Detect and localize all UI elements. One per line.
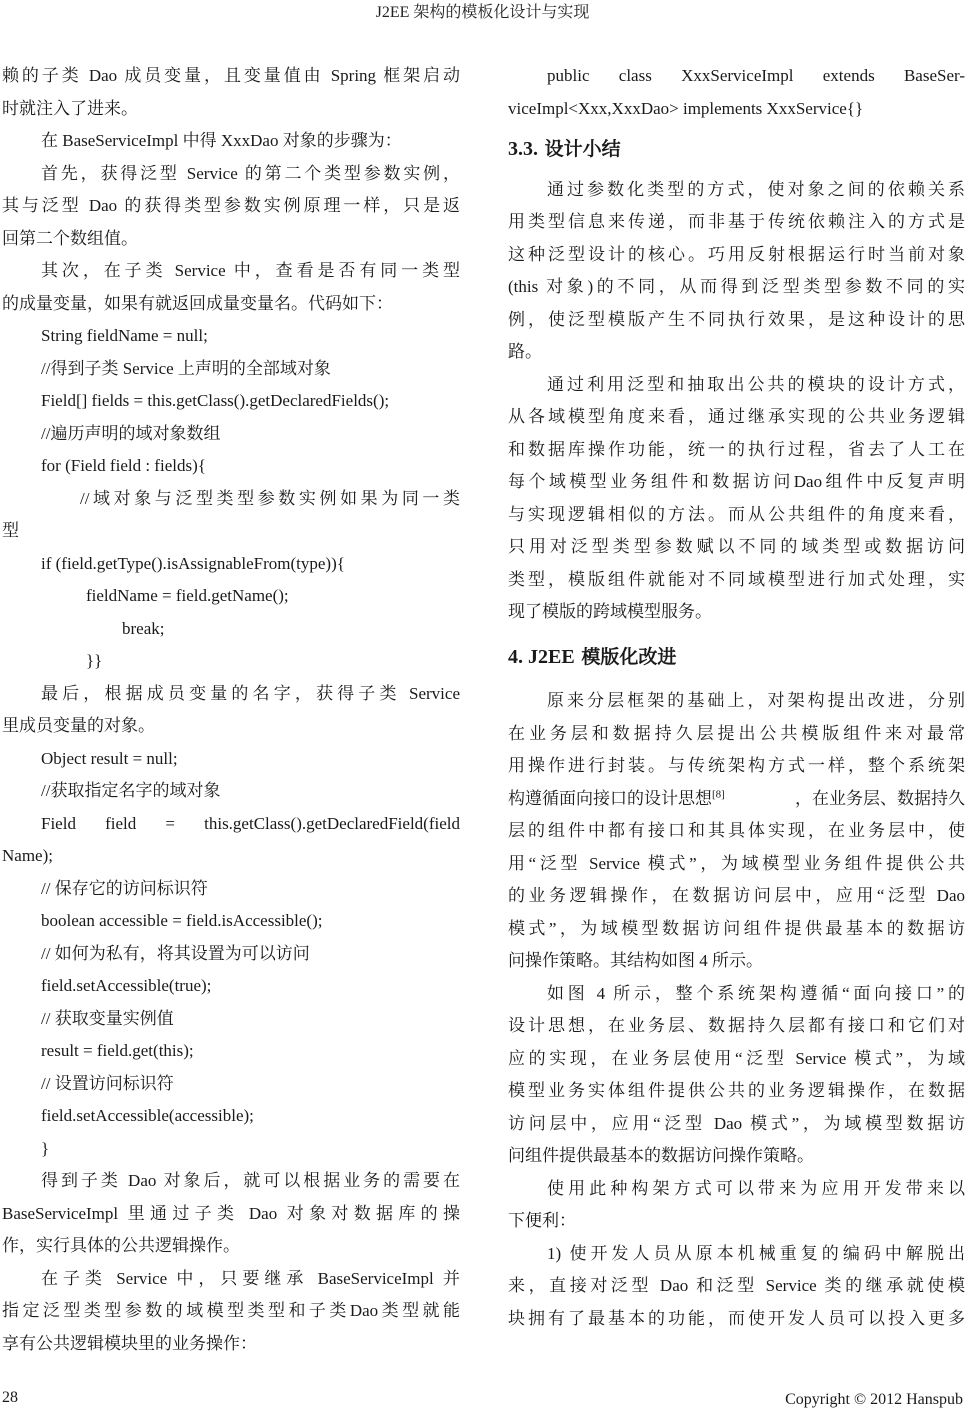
paragraph-line: (this 对象)的不同，从而得到泛型类型参数不同的实 [508, 271, 965, 304]
paragraph-line: 在业务层和数据持久层提出公共模版组件来对最常 [508, 718, 965, 751]
copyright-notice: Copyright © 2012 Hanspub [785, 1391, 963, 1409]
paragraph-line: 作，实行具体的公共逻辑操作。 [2, 1230, 460, 1263]
paragraph-line: BaseServiceImpl 里通过子类 Dao 对象对数据库的操 [2, 1198, 460, 1231]
paragraph-line: 访问层中，应用“泛型 Dao 模式”，为域模型数据访 [508, 1108, 965, 1141]
paragraph-line: 如图 4 所示，整个系统架构遵循“面向接口”的 [508, 978, 965, 1011]
code-comment: //得到子类 Service 上声明的全部域对象 [2, 353, 460, 386]
code-comment: //遍历声明的域对象数组 [2, 418, 460, 451]
code-line: Field field = this.getClass().getDeclare… [2, 808, 460, 841]
paragraph-line: 的业务逻辑操作，在数据访问层中，应用“泛型 Dao [508, 880, 965, 913]
paragraph-line: 模式”，为域模型数据访问组件提供最基本的数据访 [508, 913, 965, 946]
code-line: Object result = null; [2, 743, 460, 776]
paragraph-line: 使用此种构架方式可以带来为应用开发带来以 [508, 1173, 965, 1206]
paragraph-line: 从各域模型角度来看，通过继承实现的公共业务逻辑 [508, 401, 965, 434]
paragraph-line: 模型业务实体组件提供公共的业务逻辑操作，在数据 [508, 1075, 965, 1108]
code-line: Field[] fields = this.getClass().getDecl… [2, 385, 460, 418]
list-item-line: 1) 使开发人员从原本机械重复的编码中解脱出 [508, 1238, 965, 1271]
paragraph-line: 只用对泛型类型参数赋以不同的域类型或数据访问 [508, 531, 965, 564]
section-number: 4. J2EE [508, 646, 575, 668]
paragraph-line: 应的实现，在业务层使用“泛型 Service 模式”，为域 [508, 1043, 965, 1076]
code-comment: // 保存它的访问标识符 [2, 873, 460, 906]
paragraph-line: 和数据库操作功能，统一的执行过程，省去了人工在 [508, 434, 965, 467]
paragraph-line: 层的组件中都有接口和其具体实现，在业务层中，使 [508, 815, 965, 848]
paragraph-line: 原来分层框架的基础上，对架构提出改进，分别 [508, 685, 965, 718]
code-line: Name); [2, 840, 460, 873]
paragraph-line: 下便利： [508, 1205, 965, 1238]
paragraph-line: 例，使泛型模版产生不同执行效果，是这种设计的思 [508, 304, 965, 337]
paragraph-line: 在 BaseServiceImpl 中得 XxxDao 对象的步骤为： [2, 125, 460, 158]
paragraph-line: 用“泛型 Service 模式”，为域模型业务组件提供公共 [508, 848, 965, 881]
code-line: break; [2, 613, 460, 646]
paragraph-line: 构遵循面向接口的设计思想[8] ，在业务层、数据持久 [508, 783, 965, 816]
code-line: for (Field field : fields){ [2, 450, 460, 483]
paragraph-line: 指定泛型类型参数的域模型类型和子类Dao类型就能 [2, 1295, 460, 1328]
paragraph-line: 里成员变量的对象。 [2, 710, 460, 743]
code-comment: //域对象与泛型类型参数实例如果为同一类 [2, 483, 460, 516]
code-line: viceImpl<Xxx,XxxDao> implements XxxServi… [508, 93, 965, 126]
line-text: 构遵循面向接口的设计思想 [508, 789, 712, 808]
code-comment: // 获取变量实例值 [2, 1003, 460, 1036]
section-number: 3.3. [508, 138, 538, 160]
paragraph-line: 设计思想，在业务层、数据持久层都有接口和它们对 [508, 1010, 965, 1043]
code-comment: //获取指定名字的域对象 [2, 775, 460, 808]
list-item-line: 块拥有了最基本的功能，而使开发人员可以投入更多 [508, 1303, 965, 1336]
code-line: field.setAccessible(accessible); [2, 1100, 460, 1133]
paragraph-line: 回第二个数组值。 [2, 223, 460, 256]
paragraph-line: 每个域模型业务组件和数据访问Dao组件中反复声明 [508, 466, 965, 499]
paragraph-line: 现了模版的跨域模型服务。 [508, 596, 965, 629]
section-title: 模版化改进 [581, 646, 676, 668]
code-line: if (field.getType().isAssignableFrom(typ… [2, 548, 460, 581]
paragraph-line: 这种泛型设计的核心。巧用反射根据运行时当前对象 [508, 239, 965, 272]
paragraph-line: 通过利用泛型和抽取出公共的模块的设计方式， [508, 369, 965, 402]
paragraph-line: 用操作进行封装。与传统架构方式一样，整个系统架 [508, 750, 965, 783]
paragraph-line: 时就注入了进来。 [2, 93, 460, 126]
section-title: 设计小结 [545, 138, 621, 160]
code-comment: 型 [2, 515, 460, 548]
section-heading-3-3: 3.3. 设计小结 [508, 133, 965, 166]
right-column: public class XxxServiceImpl extends Base… [508, 60, 965, 1335]
paragraph-line: 路。 [508, 336, 965, 369]
paragraph-line: 用类型信息来传递，而非基于传统依赖注入的方式是 [508, 206, 965, 239]
list-item-line: 来，直接对泛型 Dao 和泛型 Service 类的继承就使模 [508, 1270, 965, 1303]
paragraph-line: 首先，获得泛型 Service 的第二个类型参数实例， [2, 158, 460, 191]
left-column: 赖的子类 Dao 成员变量，且变量值由 Spring 框架启动 时就注入了进来。… [2, 60, 460, 1360]
paragraph-line: 得到子类 Dao 对象后，就可以根据业务的需要在 [2, 1165, 460, 1198]
paragraph-line: 享有公共逻辑模块里的业务操作： [2, 1328, 460, 1361]
paragraph-line: 类型，模版组件就能对不同域模型进行加式处理，实 [508, 564, 965, 597]
paragraph-line: 最后，根据成员变量的名字，获得子类 Service [2, 678, 460, 711]
paragraph-line: 与实现逻辑相似的方法。而从公共组件的角度来看， [508, 499, 965, 532]
code-line: } [2, 1133, 460, 1166]
paragraph-line: 的成量变量，如果有就返回成量变量名。代码如下： [2, 288, 460, 321]
paragraph-line: 通过参数化类型的方式，使对象之间的依赖关系 [508, 174, 965, 207]
code-line: fieldName = field.getName(); [2, 580, 460, 613]
paragraph-line: 问操作策略。其结构如图 4 所示。 [508, 945, 965, 978]
running-header-title: J2EE 架构的模板化设计与实现 [0, 3, 965, 23]
code-comment: // 如何为私有，将其设置为可以访问 [2, 938, 460, 971]
paragraph-line: 问组件提供最基本的数据访问操作策略。 [508, 1140, 965, 1173]
page-number: 28 [2, 1389, 18, 1407]
paragraph-line: 其次，在子类 Service 中，查看是否有同一类型 [2, 255, 460, 288]
line-text: ，在业务层、数据持久 [795, 783, 965, 816]
code-line: field.setAccessible(true); [2, 970, 460, 1003]
citation-ref[interactable]: [8] [712, 788, 725, 800]
section-heading-4: 4. J2EE 模版化改进 [508, 641, 965, 674]
code-line: result = field.get(this); [2, 1035, 460, 1068]
code-line: }} [2, 645, 460, 678]
code-line: public class XxxServiceImpl extends Base… [508, 60, 965, 93]
paragraph-line: 其与泛型 Dao 的获得类型参数实例原理一样，只是返 [2, 190, 460, 223]
code-comment: // 设置访问标识符 [2, 1068, 460, 1101]
code-line: boolean accessible = field.isAccessible(… [2, 905, 460, 938]
code-line: String fieldName = null; [2, 320, 460, 353]
paragraph-line: 在子类 Service 中，只要继承 BaseServiceImpl 并 [2, 1263, 460, 1296]
paragraph-line: 赖的子类 Dao 成员变量，且变量值由 Spring 框架启动 [2, 60, 460, 93]
